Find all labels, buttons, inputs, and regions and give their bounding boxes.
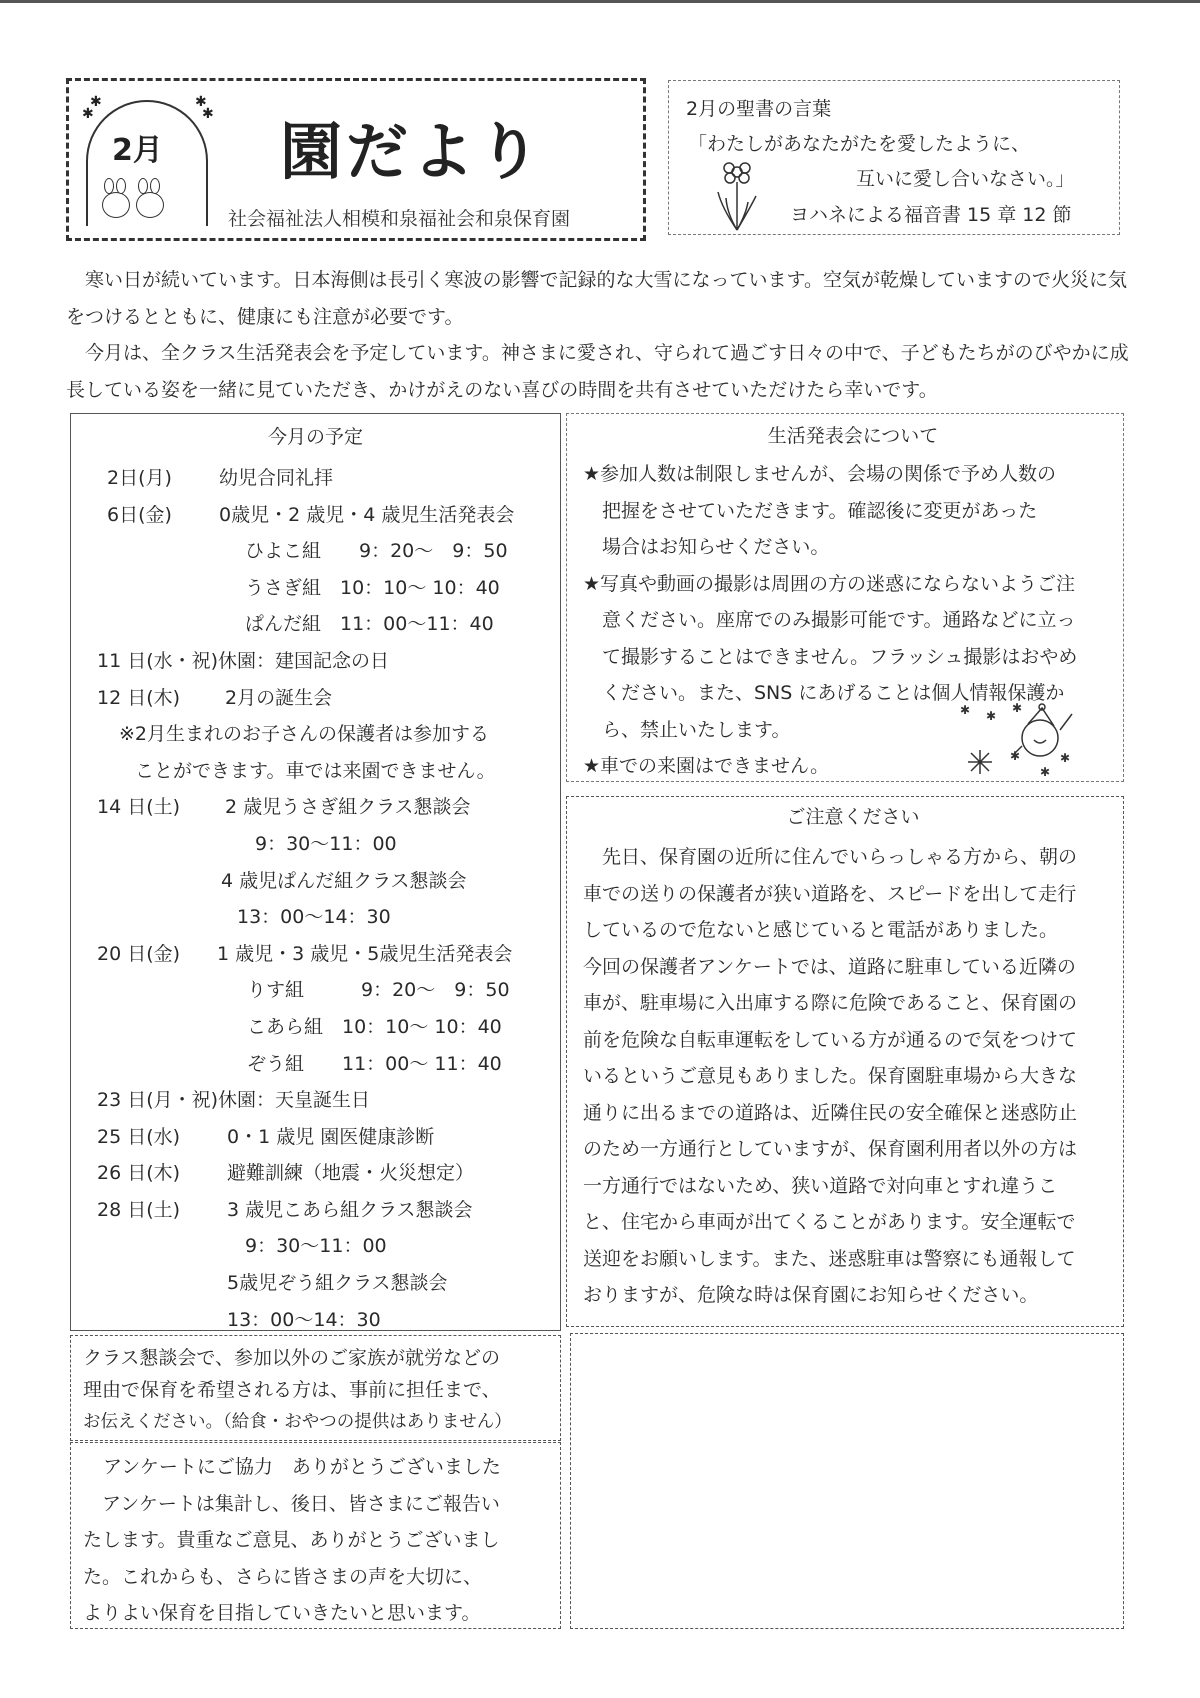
- schedule-row: 26 日(木)避難訓練（地震・火災想定）: [71, 1155, 560, 1192]
- schedule-row: 12 日(木)2月の誕生会: [71, 680, 560, 717]
- schedule-row: 28 日(土)3 歳児こあら組クラス懇談会: [71, 1192, 560, 1229]
- recital-line: 把握をさせていただきます。確認後に変更があった: [583, 493, 1123, 530]
- newsletter-title: 園だより: [280, 102, 544, 191]
- recital-line: ★参加人数は制限しませんが、会場の関係で予め人数の: [583, 456, 1123, 493]
- schedule-row: 13：00～14：30: [71, 899, 560, 936]
- survey-line: た。これからも、さらに皆さまの声を大切に、: [83, 1559, 560, 1596]
- verse-line-1: 「わたしがあなたがたを愛したように、: [688, 129, 1030, 156]
- schedule-row: ぱんだ組 11：00～11：40: [71, 606, 560, 643]
- caution-line: 通りに出るまでの道路は、近隣住民の安全確保と迷惑防止: [583, 1095, 1123, 1132]
- recital-line: 場合はお知らせください。: [583, 529, 1123, 566]
- schedule-row: こあら組 10：10～ 10：40: [71, 1009, 560, 1046]
- schedule-box: 今月の予定 2日(月)幼児合同礼拝 6日(金)0歳児・2 歳児・4 歳児生活発表…: [70, 413, 561, 1331]
- schedule-row: りす組 9：20～ 9：50: [71, 972, 560, 1009]
- survey-title: アンケートにご協力 ありがとうございました: [83, 1449, 560, 1486]
- recital-line: 意ください。座席でのみ撮影可能です。通路などに立っ: [583, 602, 1123, 639]
- svg-text:✱: ✱: [986, 709, 996, 723]
- schedule-row: ※2月生まれのお子さんの保護者は参加する: [71, 716, 560, 753]
- schedule-row: 5歳児ぞう組クラス懇談会: [71, 1265, 560, 1302]
- intro-paragraph-1: 寒い日が続いています。日本海側は長引く寒波の影響で記録的な大雪になっています。空…: [66, 262, 1136, 335]
- star-icon: ✱: [202, 106, 214, 122]
- schedule-row: うさぎ組 10：10～ 10：40: [71, 570, 560, 607]
- caution-line: 前を危険な自転車運転をしている方が通るので気をつけて: [583, 1022, 1123, 1059]
- caution-line: 送迎をお願いします。また、迷惑駐車は警察にも通報して: [583, 1241, 1123, 1278]
- intro-text: 寒い日が続いています。日本海側は長引く寒波の影響で記録的な大雪になっています。空…: [66, 262, 1136, 408]
- schedule-row: 14 日(土)2 歳児うさぎ組クラス懇談会: [71, 789, 560, 826]
- recital-title: 生活発表会について: [583, 424, 1123, 448]
- schedule-row: 25 日(水)0・1 歳児 園医健康診断: [71, 1119, 560, 1156]
- star-icon: ✱: [82, 106, 94, 122]
- svg-text:✱: ✱: [1060, 751, 1070, 765]
- survey-line: アンケートは集計し、後日、皆さまにご報告い: [83, 1486, 560, 1523]
- childcare-note-line: お伝えください。（給食・おやつの提供はありません）: [83, 1406, 560, 1438]
- caution-title: ご注意ください: [583, 805, 1123, 829]
- recital-line: て撮影することはできません。フラッシュ撮影はおやめ: [583, 639, 1123, 676]
- childcare-note-line: クラス懇談会で、参加以外のご家族が就労などの: [83, 1342, 560, 1374]
- verse-heading: 2月の聖書の言葉: [686, 94, 831, 121]
- schedule-row: 2日(月)幼児合同礼拝: [71, 460, 560, 497]
- verse-line-2: 互いに愛し合いなさい。」: [856, 164, 1075, 191]
- svg-text:✱: ✱: [1012, 701, 1022, 715]
- survey-box: アンケートにご協力 ありがとうございました アンケートは集計し、後日、皆さまにご…: [70, 1442, 561, 1629]
- schedule-row: 9：30～11：00: [71, 1228, 560, 1265]
- snow-character-icon: ✱✱✱ ✱✱✱: [950, 700, 1090, 780]
- caution-line: のため一方通行としていますが、保育園利用者以外の方は: [583, 1131, 1123, 1168]
- schedule-row: ことができます。車では来園できません。: [71, 753, 560, 790]
- svg-text:✱: ✱: [1010, 749, 1020, 763]
- schedule-row: 23 日(月・祝)休園：天皇誕生日: [71, 1082, 560, 1119]
- page-top-edge: [0, 0, 1200, 3]
- schedule-row: 9：30～11：00: [71, 826, 560, 863]
- caution-line: おりますが、危険な時は保育園にお知らせください。: [583, 1277, 1123, 1314]
- caution-box: ご注意ください 先日、保育園の近所に住んでいらっしゃる方から、朝の 車での送りの…: [566, 796, 1124, 1327]
- childcare-note-line: 理由で保育を希望される方は、事前に担任まで、: [83, 1374, 560, 1406]
- caution-line: 車での送りの保護者が狭い道路を、スピードを出して走行: [583, 876, 1123, 913]
- empty-box: [570, 1333, 1124, 1629]
- survey-line: たします。貴重なご意見、ありがとうございまし: [83, 1522, 560, 1559]
- organization-name: 社会福祉法人相模和泉福祉会和泉保育園: [228, 204, 570, 231]
- schedule-row: 13：00～14：30: [71, 1302, 560, 1339]
- recital-line: ★写真や動画の撮影は周囲の方の迷惑にならないようご注: [583, 566, 1123, 603]
- caution-line: と、住宅から車両が出てくることがあります。安全運転で: [583, 1204, 1123, 1241]
- schedule-row: ぞう組 11：00～ 11：40: [71, 1046, 560, 1083]
- daffodil-icon: [712, 158, 762, 232]
- month-label: 2月: [112, 125, 163, 169]
- caution-line: 一方通行ではないため、狭い道路で対向車とすれ違うこ: [583, 1168, 1123, 1205]
- schedule-row: 20 日(金)1 歳児・3 歳児・5歳児生活発表会: [71, 936, 560, 973]
- intro-paragraph-2: 今月は、全クラス生活発表会を予定しています。神さまに愛され、守られて過ごす日々の…: [66, 335, 1136, 408]
- verse-source: ヨハネによる福音書 15 章 12 節: [790, 200, 1072, 227]
- caution-line: 車が、駐車場に入出庫する際に危険であること、保育園の: [583, 985, 1123, 1022]
- schedule-row: 4 歳児ぱんだ組クラス懇談会: [71, 863, 560, 900]
- caution-line: 先日、保育園の近所に住んでいらっしゃる方から、朝の: [583, 839, 1123, 876]
- schedule-row: ひよこ組 9：20～ 9：50: [71, 533, 560, 570]
- svg-text:✱: ✱: [960, 703, 970, 717]
- svg-text:✱: ✱: [1040, 765, 1050, 779]
- schedule-row: 11 日(水・祝)休園：建国記念の日: [71, 643, 560, 680]
- schedule-row: 6日(金)0歳児・2 歳児・4 歳児生活発表会: [71, 497, 560, 534]
- schedule-list: 2日(月)幼児合同礼拝 6日(金)0歳児・2 歳児・4 歳児生活発表会 ひよこ組…: [71, 460, 560, 1338]
- caution-line: いるというご意見もありました。保育園駐車場から大きな: [583, 1058, 1123, 1095]
- schedule-title: 今月の予定: [71, 424, 560, 460]
- childcare-note-box: クラス懇談会で、参加以外のご家族が就労などの 理由で保育を希望される方は、事前に…: [70, 1335, 561, 1441]
- caution-line: しているので危ないと感じていると電話がありました。: [583, 912, 1123, 949]
- caution-line: 今回の保護者アンケートでは、道路に駐車している近隣の: [583, 949, 1123, 986]
- survey-line: よりよい保育を目指していきたいと思います。: [83, 1595, 560, 1632]
